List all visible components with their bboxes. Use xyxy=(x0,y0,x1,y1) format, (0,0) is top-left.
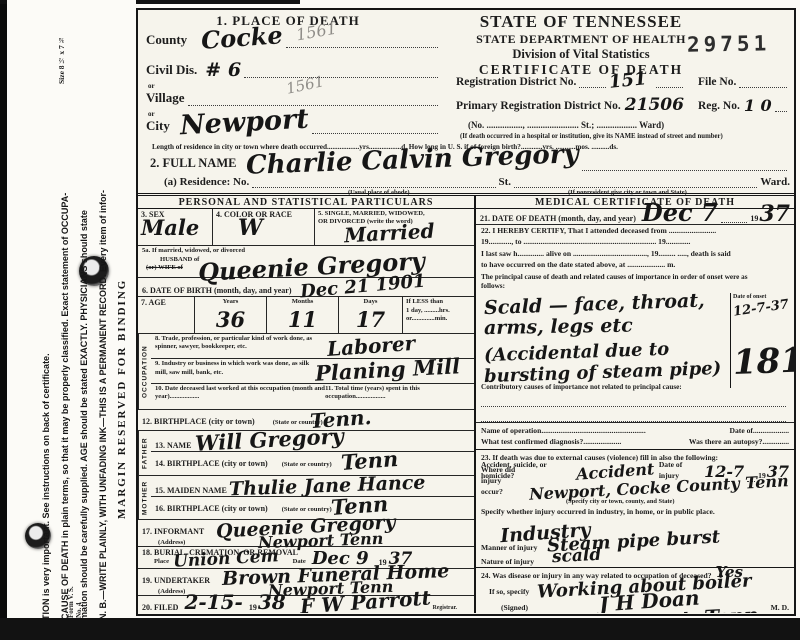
city-label: City xyxy=(146,118,170,134)
sex-value: Male xyxy=(141,215,209,240)
date-of-onset-box: Date of onset 12-7-37 181 xyxy=(730,293,790,388)
size-note: Size 8½ x 7¾ xyxy=(57,14,66,84)
scanned-death-certificate: Size 8½ x 7¾ Form V. S. No. 4 TION is ve… xyxy=(0,0,800,640)
margin-binding-title: MARGIN RESERVED FOR BINDING xyxy=(113,178,132,620)
file-no-label: File No. xyxy=(698,76,736,88)
age-days-label: Days xyxy=(342,298,399,306)
filed-date-value: 2-15- xyxy=(184,590,242,613)
mother-birthplace-sub: (State or country) xyxy=(282,506,332,513)
margin-nb-line2: mation should be carefully supplied. AGE… xyxy=(75,178,94,620)
margin-nb-line1: N. B.—WRITE PLAINLY, WITH UNFADING INK—T… xyxy=(94,178,113,620)
primary-registration-label: Primary Registration District No. xyxy=(456,100,621,112)
cause-code-value: 181 xyxy=(732,341,788,383)
industry-label: 9. Industry or business in which work wa… xyxy=(155,360,315,376)
dept-title: STATE DEPARTMENT OF HEALTH xyxy=(446,32,716,47)
contributory-rule-2 xyxy=(481,409,786,422)
father-birthplace-sub: (State or country) xyxy=(282,461,332,468)
civil-district-value: # 6 xyxy=(205,59,241,81)
contributory-rule-1 xyxy=(481,394,786,407)
county-rule xyxy=(286,37,438,48)
principal-cause-label: The principal cause of death and related… xyxy=(476,271,766,291)
residence-label: (a) Residence: No. xyxy=(164,176,249,188)
no-st-ward-line: (No. ................, .................… xyxy=(468,120,664,130)
burial-place-label: Place xyxy=(154,558,169,566)
registration-district-label: Registration District No. xyxy=(456,76,576,88)
age-years-label: Years xyxy=(198,298,263,306)
civil-district-label: Civil Dis. xyxy=(146,62,197,78)
registration-district-rule2 xyxy=(656,77,683,88)
residence-ward-label: Ward. xyxy=(760,176,790,188)
age-less-label-2: 1 day, .........hrs. xyxy=(406,307,471,315)
reg-no-label: Reg. No. xyxy=(698,100,740,112)
date-of-death-label: 21. DATE OF DEATH (month, day, and year) xyxy=(480,214,636,223)
mother-name-label: 15. MAIDEN NAME xyxy=(155,486,227,495)
date-of-death-value: Dec 7 xyxy=(642,198,718,227)
county-label: County xyxy=(146,32,187,48)
undertaker-label: 19. UNDERTAKER xyxy=(142,576,210,585)
hospital-note: (If death occurred in a hospital or inst… xyxy=(460,133,723,141)
margin-nb-line4: TION is very important. See instructions… xyxy=(37,178,56,620)
informant-label: 17. INFORMANT xyxy=(142,527,204,536)
certify-line-3: I last saw h.............. alive on ....… xyxy=(476,248,794,259)
test-confirmed-label: What test confirmed diagnosis?..........… xyxy=(481,436,621,447)
age-months-value: 11 xyxy=(270,307,335,332)
dob-label: 6. DATE OF BIRTH (month, day, and year) xyxy=(142,286,292,295)
full-name-label: 2. FULL NAME xyxy=(150,156,236,171)
full-name-rule xyxy=(582,160,787,171)
age-days-value: 17 xyxy=(342,307,399,332)
division-title: Division of Vital Statistics xyxy=(446,47,716,62)
certify-line-4: to have occurred on the date stated abov… xyxy=(476,259,794,270)
reg-no-value: 1 0 xyxy=(744,96,772,115)
village-rule xyxy=(188,95,438,106)
operation-label: Name of operation.......................… xyxy=(481,425,646,436)
autopsy-label: Was there an autopsy?.............. xyxy=(689,436,789,447)
operation-date-label: Date of................... xyxy=(730,425,789,436)
age-less-label-3: or..............min. xyxy=(406,315,471,323)
medical-column: MEDICAL CERTIFICATE OF DEATH 21. DATE OF… xyxy=(476,196,794,613)
age-label: 7. AGE xyxy=(141,298,191,307)
mother-vertical-label: MOTHER xyxy=(138,476,151,519)
nonresident-note: (If nonresident give city or town and St… xyxy=(568,189,687,197)
nature-of-injury-value: scald xyxy=(551,542,602,570)
cause-of-death-section: The principal cause of death and related… xyxy=(476,271,794,423)
birthplace-label: 12. BIRTHPLACE (city or town) xyxy=(142,417,255,426)
signed-label: (Signed) xyxy=(501,602,528,613)
medical-title: MEDICAL CERTIFICATE OF DEATH xyxy=(476,196,794,209)
header-section: 1. PLACE OF DEATH 1561 1561 County Cocke… xyxy=(138,10,794,196)
total-time-label: 11. Total time (years) spent in this occ… xyxy=(325,385,470,408)
city-value: Newport xyxy=(179,104,309,142)
filed-year-value: 38 xyxy=(258,590,286,613)
margin-nb-line3: CAUSE OF DEATH in plain terms, so that i… xyxy=(56,178,75,620)
age-years-value: 36 xyxy=(198,307,263,332)
residence-rule1 xyxy=(252,177,495,188)
city-rule xyxy=(312,123,438,134)
filed-year-printed: 19 xyxy=(249,603,257,612)
certify-line-1: 22. I HEREBY CERTIFY, That I attended de… xyxy=(476,225,794,236)
father-vertical-label: FATHER xyxy=(138,431,151,475)
occupation-vertical-label: OCCUPATION xyxy=(138,334,151,409)
county-value: Cocke xyxy=(200,20,283,55)
trade-label: 8. Trade, profession, or particular kind… xyxy=(155,335,325,351)
registration-district-value: 151 xyxy=(608,68,648,93)
registration-district-rule xyxy=(579,77,606,88)
industry-value: Planing Mill xyxy=(314,354,460,387)
binding-margin: Size 8½ x 7¾ Form V. S. No. 4 TION is ve… xyxy=(7,0,136,618)
date-of-death-year-printed: 19 xyxy=(750,214,758,223)
date-of-death-rule xyxy=(721,212,748,223)
margin-instructions: TION is very important. See instructions… xyxy=(37,178,132,620)
last-worked-label: 10. Date deceased last worked at this oc… xyxy=(155,385,325,408)
residence-rule2 xyxy=(514,177,757,188)
age-less-label-1: If LESS than xyxy=(406,298,471,306)
personal-title: PERSONAL AND STATISTICAL PARTICULARS xyxy=(138,196,474,209)
stamp-number: 29751 xyxy=(687,31,771,56)
where-injury-label: Where did injury occur? xyxy=(481,464,523,498)
father-birthplace-value: Tenn xyxy=(340,446,399,475)
marital-value: Married xyxy=(343,217,471,248)
cause-line-2: arms, legs etc xyxy=(484,312,724,338)
nature-of-injury-label: Nature of injury xyxy=(481,556,534,567)
file-no-rule xyxy=(739,77,787,88)
personal-column: PERSONAL AND STATISTICAL PARTICULARS 3. … xyxy=(138,196,476,613)
certify-line-2: 19............, to .....................… xyxy=(476,236,794,247)
residence-st-label: St. xyxy=(499,176,512,188)
mother-birthplace-label: 16. BIRTHPLACE (city or town) xyxy=(155,504,268,513)
md-label: M. D. xyxy=(771,602,789,613)
filed-label: 20. FILED xyxy=(142,603,178,612)
civil-district-rule xyxy=(244,67,438,78)
place-of-death-title: 1. PLACE OF DEATH xyxy=(138,13,438,29)
abode-note: (Usual place of abode) xyxy=(348,189,410,197)
relation-specify-label: If so, specify xyxy=(489,586,529,597)
village-label: Village xyxy=(146,90,185,106)
scan-left-edge xyxy=(0,0,7,640)
father-name-label: 13. NAME xyxy=(155,441,191,450)
primary-registration-value: 21506 xyxy=(625,95,684,115)
state-title: STATE OF TENNESSEE xyxy=(446,12,716,32)
date-of-death-year: 37 xyxy=(759,201,790,227)
certificate-form: 1. PLACE OF DEATH 1561 1561 County Cocke… xyxy=(136,8,796,616)
registrar-label: Registrar. xyxy=(433,605,457,612)
reg-no-rule xyxy=(775,101,787,112)
scan-bottom-band xyxy=(0,618,800,640)
father-birthplace-label: 14. BIRTHPLACE (city or town) xyxy=(155,459,268,468)
